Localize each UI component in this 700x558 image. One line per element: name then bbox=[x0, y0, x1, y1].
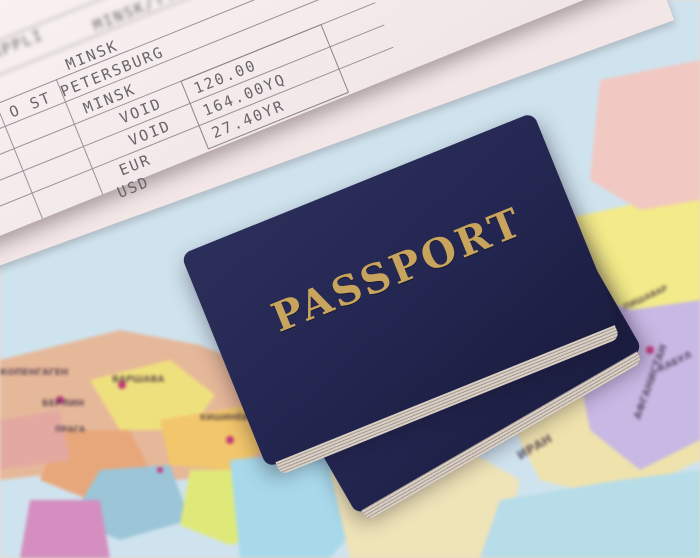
photo-scene: КОПЕНГАГЕН ВАРШАВА БЕРЛИН КИШИНЁВ ПРАГА … bbox=[0, 0, 700, 558]
map-label: КИШИНЁВ bbox=[200, 412, 248, 422]
ticket-line: KEYE APPLI bbox=[0, 26, 46, 84]
map-label: КОПЕНГАГЕН bbox=[0, 368, 68, 378]
map-label: БЕРЛИН bbox=[42, 399, 84, 409]
passport-cover-title: PASSPORT bbox=[265, 198, 530, 341]
map-label: ВАРШАВА bbox=[112, 375, 164, 385]
map-label: ПРАГА bbox=[55, 425, 86, 434]
fare-label: EUR bbox=[116, 150, 153, 179]
